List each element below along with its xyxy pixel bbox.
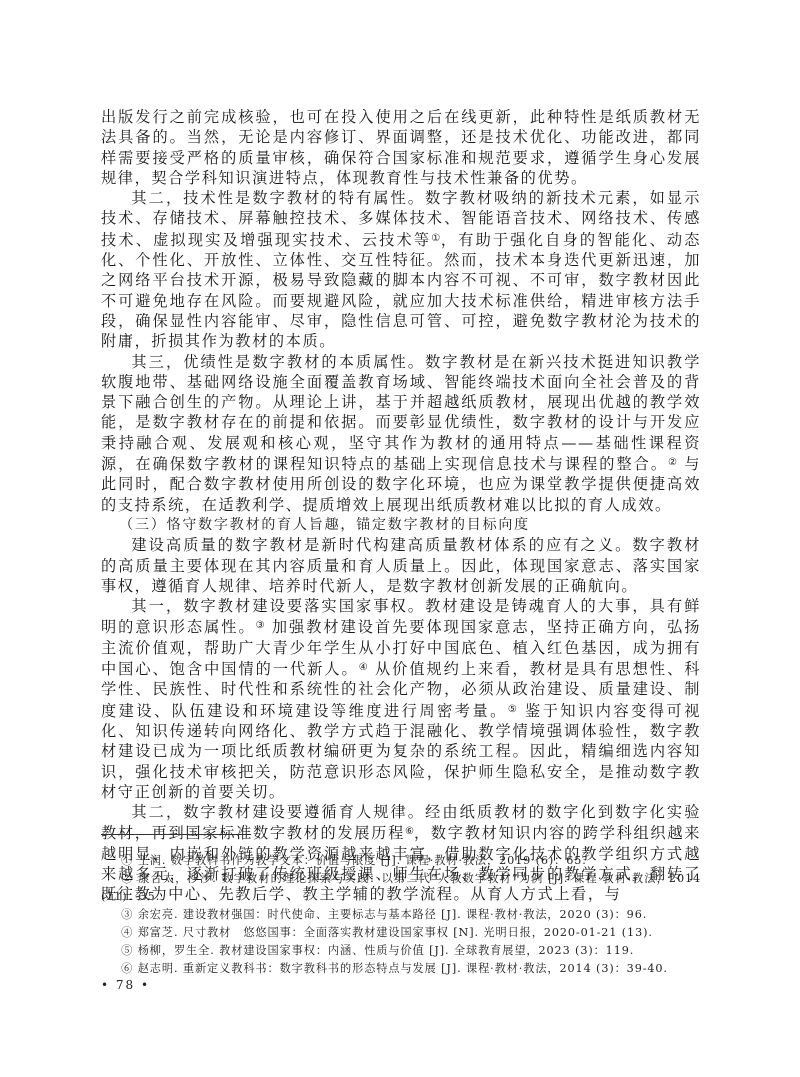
footnote-5: ⑤ 杨柳，罗生全. 教材建设国家事权：内涵、性质与价值 [J]. 全球教育展望，… [101,942,701,960]
footnote-ref-3[interactable]: ③ [256,620,265,631]
paragraph-national-authority: 其一，数字教材建设要落实国家事权。教材建设是铸魂育人的大事，具有鲜明的意识形态属… [101,596,701,802]
footnote-ref-1[interactable]: ① [431,233,441,244]
footnote-2: ② 康合太，沙沙. 数字教材的理论探索与实践：以第二代“人教数字教材”为例 [J… [101,870,701,906]
paragraph-excellence: 其三，优绩性是数字教材的本质属性。数字教材是在新兴技术挺进知识教学软腹地带、基础… [101,352,701,515]
footnote-divider [101,834,251,835]
page-body: 出版发行之前完成核验，也可在投入使用之后在线更新，此种特性是纸质教材无法具备的。… [101,107,701,905]
footnote-4: ④ 郑富芝. 尺寸教材 悠悠国事：全面落实教材建设国家事权 [N]. 光明日报，… [101,924,701,942]
footnote-ref-4[interactable]: ④ [359,662,368,673]
footnote-ref-2[interactable]: ② [668,457,677,468]
footnote-ref-6[interactable]: ⑥ [405,826,414,837]
footnote-3: ③ 余宏亮. 建设教材强国：时代使命、主要标志与基本路径 [J]. 课程·教材·… [101,906,701,924]
paragraph-intro: 建设高质量的数字教材是新时代构建高质量教材体系的应有之义。数字教材的高质量主要体… [101,535,701,596]
paragraph-technicality: 其二，技术性是数字教材的特有属性。数字教材吸纳的新技术元素，如显示技术、存储技术… [101,188,701,351]
paragraph-text: 其三，优绩性是数字教材的本质属性。数字教材是在新兴技术挺进知识教学软腹地带、基础… [101,353,701,473]
footnotes: ① 王润. 数字教科书作为教学文本：价值与限度 [J]. 课程·教材·教法，20… [101,852,701,978]
footnote-ref-5[interactable]: ⑤ [508,704,518,715]
footnote-6: ⑥ 赵志明. 重新定义教科书：数字教科书的形态特点与发展 [J]. 课程·教材·… [101,960,701,978]
paragraph-continued: 出版发行之前完成核验，也可在投入使用之后在线更新，此种特性是纸质教材无法具备的。… [101,107,701,188]
main-text: 出版发行之前完成核验，也可在投入使用之后在线更新，此种特性是纸质教材无法具备的。… [101,107,701,905]
section-subheading: （三）恪守数字教材的育人旨趣，锚定数字教材的目标向度 [101,515,701,535]
page-number: • 78 • [101,978,150,992]
footnote-1: ① 王润. 数字教科书作为教学文本：价值与限度 [J]. 课程·教材·教法，20… [101,852,701,870]
